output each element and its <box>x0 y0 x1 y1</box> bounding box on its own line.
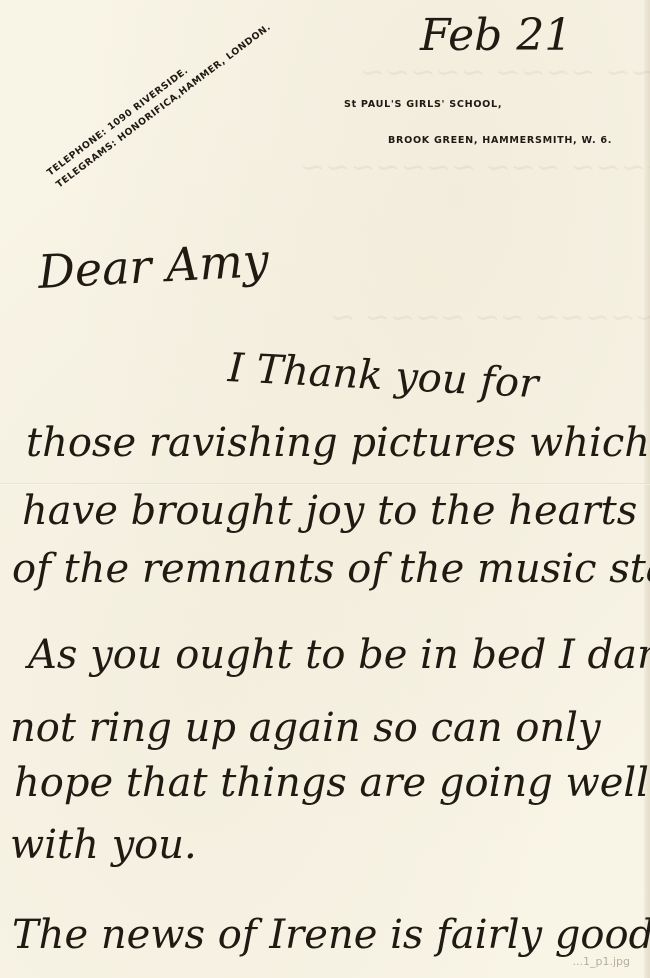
letter-page: ~~~ ~~~~ ~~~~~ ~~~~ ~~~ ~~~~~~~ ~~~~~ ~~… <box>0 0 650 978</box>
letter-line: I Thank you for <box>227 345 540 407</box>
letter-line: of the remnants of the music staff. <box>12 546 650 592</box>
letterhead-address: BROOK GREEN, HAMMERSMITH, W. 6. <box>388 135 612 146</box>
letterhead-school-name: St PAUL'S GIRLS' SCHOOL, <box>344 99 502 110</box>
show-through-text: ~~~~ ~~~ ~~~~~~~ <box>300 150 650 185</box>
letter-line: those ravishing pictures which <box>26 420 650 466</box>
letter-line: As you ought to be in bed I dare <box>28 632 650 678</box>
fold-line <box>0 483 650 485</box>
letterhead-contact: TELEPHONE: 1090 RIVERSIDE. TELEGRAMS: HO… <box>44 8 274 192</box>
show-through-text: ~~~~~ ~~ ~~~~ ~ <box>330 300 650 335</box>
filename-watermark: ...1_p1.jpg <box>573 955 631 968</box>
letter-date: Feb 21 <box>420 10 572 61</box>
letterhead-telephone: TELEPHONE: 1090 RIVERSIDE. <box>44 8 265 180</box>
letterhead-telegrams: TELEGRAMS: HONORIFICA,HAMMER, LONDON. <box>53 20 274 192</box>
letter-line: not ring up again so can only <box>10 705 601 751</box>
letter-line: with you. <box>10 822 197 868</box>
letter-line: hope that things are going well <box>14 760 649 806</box>
letter-line: The news of Irene is fairly good <box>12 912 650 958</box>
letter-line: have brought joy to the hearts <box>22 488 637 534</box>
paper-edge <box>644 0 650 978</box>
letter-salutation: Dear Amy <box>37 233 270 299</box>
